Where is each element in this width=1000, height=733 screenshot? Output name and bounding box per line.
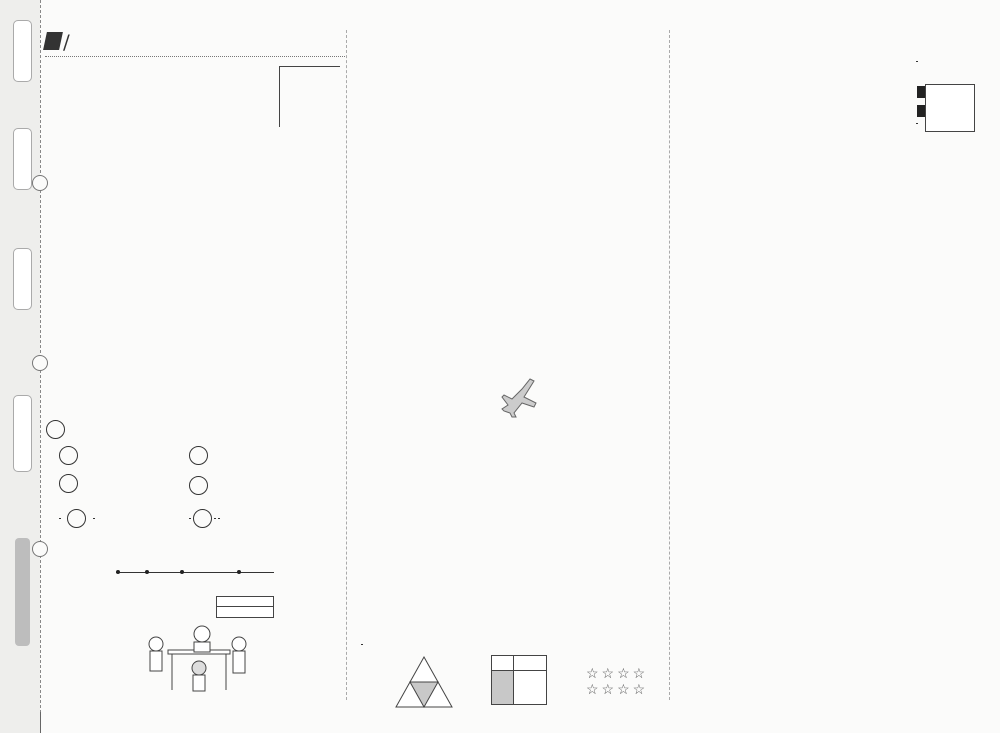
ray-cd-figure bbox=[116, 572, 274, 573]
school-box[interactable] bbox=[13, 395, 32, 472]
horizontal-divider bbox=[492, 670, 546, 671]
compare-circle[interactable] bbox=[59, 446, 78, 465]
fraction bbox=[214, 518, 216, 519]
point-e bbox=[180, 570, 184, 574]
compare-circle[interactable] bbox=[59, 474, 78, 493]
paper-strips-figure bbox=[907, 61, 977, 151]
fraction bbox=[361, 644, 363, 645]
point-d bbox=[145, 570, 149, 574]
s1-q4-prompt bbox=[45, 420, 66, 439]
view-shape-figure bbox=[216, 596, 274, 618]
children-table-illustration bbox=[140, 622, 250, 702]
bind-mark-feng bbox=[32, 355, 48, 371]
s1-q4-item2 bbox=[188, 446, 209, 465]
compare-circle[interactable] bbox=[189, 446, 208, 465]
fraction bbox=[93, 518, 95, 519]
fraction bbox=[59, 518, 61, 519]
title-badge-icon bbox=[43, 32, 63, 50]
point-c bbox=[116, 570, 120, 574]
s1-q4-item1 bbox=[58, 446, 79, 465]
student-id-box[interactable] bbox=[13, 20, 32, 82]
stars-figure: ☆☆☆☆☆☆☆☆ bbox=[586, 666, 648, 698]
vertical-divider bbox=[513, 656, 514, 704]
s1-q4-item3 bbox=[58, 474, 79, 493]
compare-circle-icon bbox=[46, 420, 65, 439]
bind-mark-mi bbox=[32, 175, 48, 191]
strip-yi bbox=[917, 105, 925, 117]
bottom-fraction bbox=[916, 123, 918, 124]
s1-q4-item4 bbox=[188, 476, 209, 495]
triangle-quarter-figure bbox=[395, 656, 453, 708]
name-box[interactable] bbox=[13, 128, 32, 190]
class-box[interactable] bbox=[13, 248, 32, 310]
bind-mark-xian bbox=[32, 541, 48, 557]
compare-circle[interactable] bbox=[67, 509, 86, 528]
compare-circle[interactable] bbox=[193, 509, 212, 528]
top-fraction bbox=[916, 61, 918, 62]
column-divider-1 bbox=[346, 30, 347, 700]
fraction bbox=[189, 518, 191, 519]
point-f bbox=[237, 570, 241, 574]
exam-title: / bbox=[45, 30, 345, 56]
airplane-outline-figure bbox=[498, 377, 538, 419]
s2-q5-text bbox=[360, 630, 364, 658]
shaded-part bbox=[492, 670, 513, 704]
title-slash-icon: / bbox=[63, 30, 70, 54]
column-divider-2 bbox=[669, 30, 670, 700]
cover-box bbox=[925, 84, 975, 132]
title-underline bbox=[45, 56, 345, 57]
s1-q4-item5 bbox=[58, 503, 96, 533]
page-edge-rule bbox=[40, 712, 41, 733]
grade-subject-tab bbox=[15, 538, 30, 646]
s1-q4-item6 bbox=[188, 503, 221, 533]
rectangle-quarter-figure bbox=[491, 655, 547, 705]
compare-circle[interactable] bbox=[189, 476, 208, 495]
fraction bbox=[218, 518, 220, 519]
exam-page: / bbox=[0, 0, 1000, 733]
strip-jia bbox=[917, 86, 925, 98]
fraction-grid-figure bbox=[279, 66, 340, 127]
